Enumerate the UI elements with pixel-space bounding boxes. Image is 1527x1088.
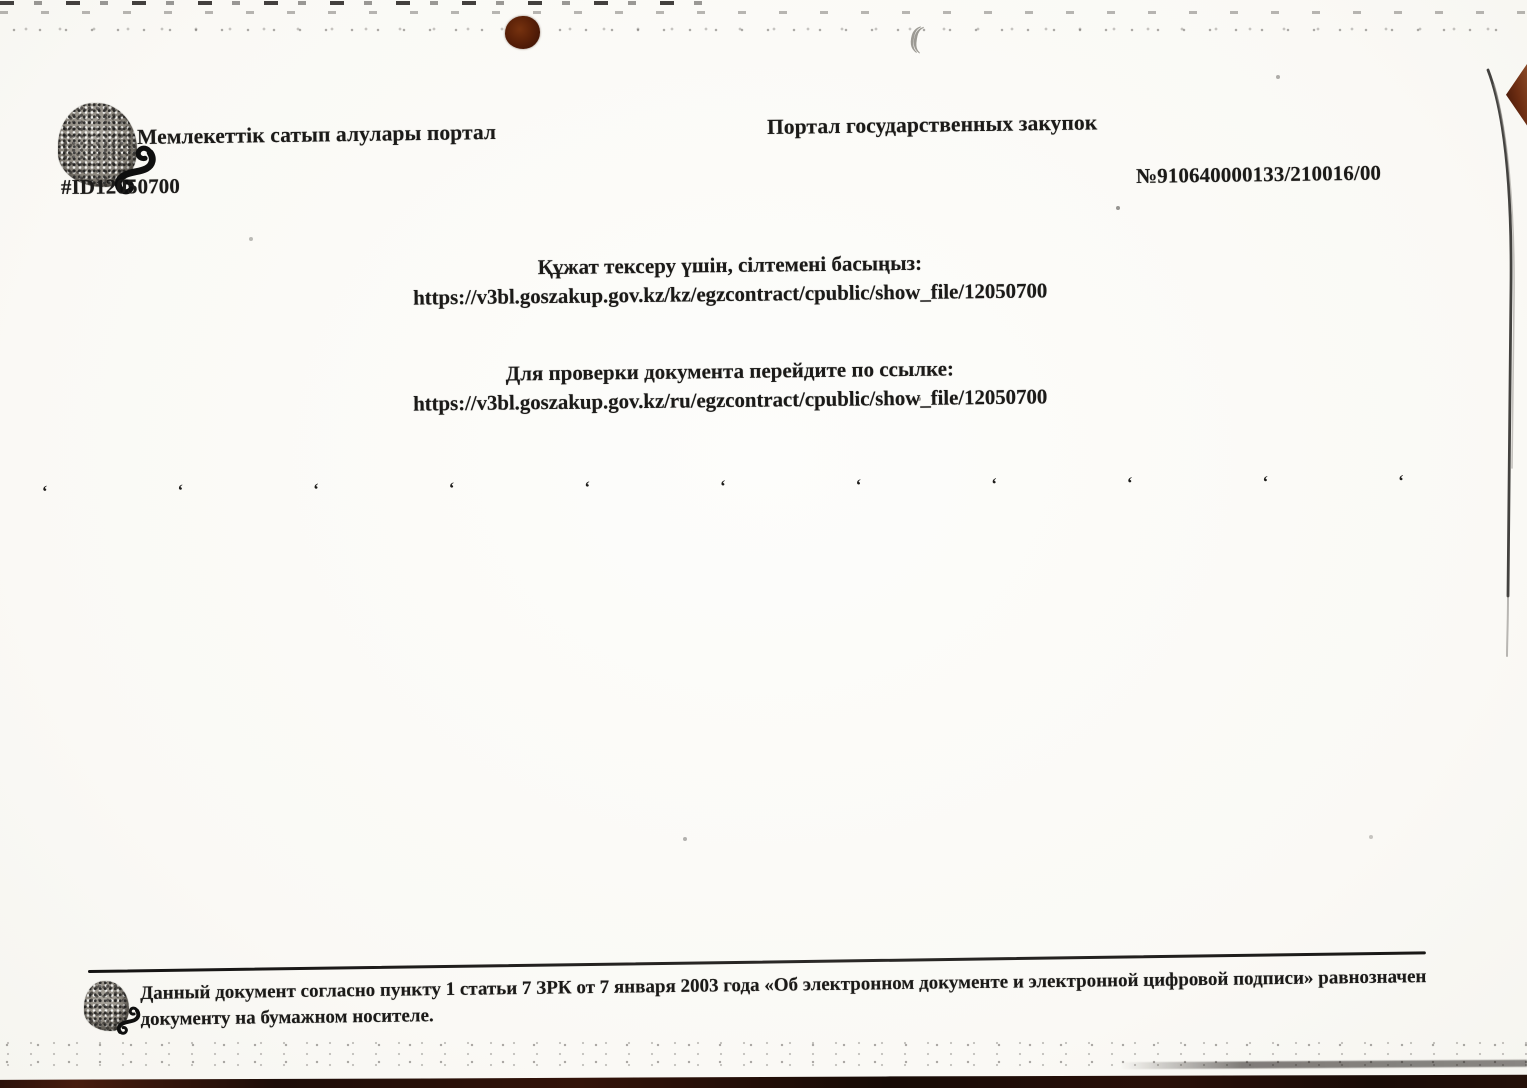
portal-title-russian: Портал государственных закупок <box>767 110 1098 140</box>
scan-noise-top-dashes <box>0 1 720 5</box>
scan-noise-top-line <box>0 11 1527 14</box>
fold-mark: ‘ <box>991 474 997 494</box>
document-id: #ID12050700 <box>61 174 180 200</box>
fold-mark: ‘ <box>584 478 590 498</box>
fold-mark: ‘ <box>42 482 48 502</box>
scan-edge-band <box>0 1071 1527 1088</box>
fold-mark: ‘ <box>856 476 862 496</box>
portal-title-kazakh: Мемлекеттік сатып алулары портал <box>137 120 496 150</box>
fold-mark: ‘ <box>1127 473 1133 493</box>
fold-mark: ‘ <box>178 481 184 501</box>
fold-mark: ‘ <box>720 477 726 497</box>
fold-mark: ‘ <box>1398 471 1404 491</box>
footer-portal-logo <box>84 981 138 1038</box>
fold-mark: ‘ <box>1263 472 1269 492</box>
scan-specks <box>0 0 2 2</box>
ink-stain-dot <box>505 16 540 49</box>
scan-noise-top-speckles <box>10 24 1520 40</box>
verify-block-russian: Для проверки документа перейдите по ссыл… <box>0 349 1460 424</box>
scanned-document-page: (( Мемлекеттік сатып алулары портал Порт… <box>0 0 1527 1088</box>
fold-mark: ‘ <box>449 479 455 499</box>
verify-block-kazakh: Құжат тексеру үшін, сілтемені басыңыз: h… <box>0 243 1460 318</box>
fold-mark: ‘ <box>313 480 319 500</box>
fold-marks-row: ‘‘‘‘‘‘‘‘‘‘‘ <box>42 471 1404 502</box>
page-curl-edge <box>1473 56 1523 662</box>
contract-number: №910640000133/210016/00 <box>1136 161 1381 189</box>
footer-disclaimer: Данный документ согласно пункту 1 статьи… <box>140 964 1441 1033</box>
